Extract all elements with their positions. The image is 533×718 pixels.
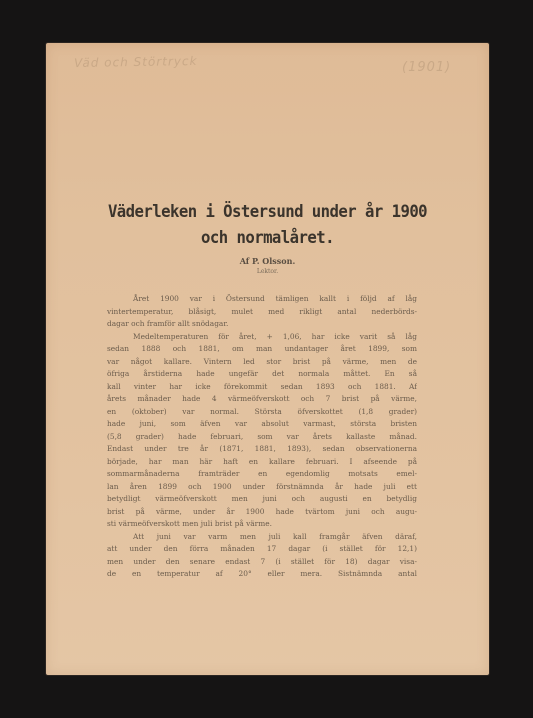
body-line: en (oktober) var normal. Största öfversk…	[107, 406, 417, 419]
body-line: sedan 1888 och 1881, om man undantager å…	[107, 343, 417, 356]
pencil-annotation-year: (1901)	[402, 60, 451, 75]
body-line: Året 1900 var i Östersund tämligen kallt…	[107, 293, 417, 306]
body-line: vintertemperatur, blåsigt, mulet med rik…	[107, 306, 417, 319]
body-line: att under den förra månaden 17 dagar (i …	[107, 543, 417, 556]
body-line: de en temperatur af 20° eller mera. Sist…	[107, 568, 417, 581]
body-line: lan åren 1899 och 1900 under förstnämnda…	[107, 481, 417, 494]
pencil-annotation-left: Väd och Störtryck	[74, 54, 198, 70]
author-byline: Af P. Olsson.	[46, 256, 489, 266]
body-line: sommarmånaderna framträder en egendomlig…	[107, 468, 417, 481]
body-line: men under den senare endast 7 (i stället…	[107, 556, 417, 569]
body-text: Året 1900 var i Östersund tämligen kallt…	[107, 293, 417, 581]
body-line: Medeltemperaturen för året, + 1,06, har …	[107, 331, 417, 344]
body-line: Att juni var varm men juli kall framgår …	[107, 531, 417, 544]
body-line: var något kallare. Vintern led stor bris…	[107, 356, 417, 369]
body-line: betydligt värmeöfverskott men juni och a…	[107, 493, 417, 506]
body-line: (5,8 grader) hade februari, som var året…	[107, 431, 417, 444]
body-line: årets månader hade 4 värmeöfverskott och…	[107, 393, 417, 406]
body-line: sti värmeöfverskott men juli brist på vä…	[107, 518, 417, 531]
document-page: Väd och Störtryck (1901) Väderleken i Ös…	[46, 43, 489, 675]
document-title-line-1: Väderleken i Östersund under år 1900	[64, 199, 472, 225]
body-line: började, har man här haft en kallare feb…	[107, 456, 417, 469]
body-line: hade juni, som äfven var absolut varmast…	[107, 418, 417, 431]
body-line: Endast under tre år (1871, 1881, 1893), …	[107, 443, 417, 456]
author-role: Lektor.	[46, 268, 489, 275]
body-line: dagar och framför allt snödagar.	[107, 318, 417, 331]
body-line: kall vinter har icke förekommit sedan 18…	[107, 381, 417, 394]
body-line: öfriga årstiderna hade ungefär det norma…	[107, 368, 417, 381]
document-title-line-2: och normalåret.	[64, 225, 472, 251]
body-line: brist på värme, under år 1900 hade tvärt…	[107, 506, 417, 519]
